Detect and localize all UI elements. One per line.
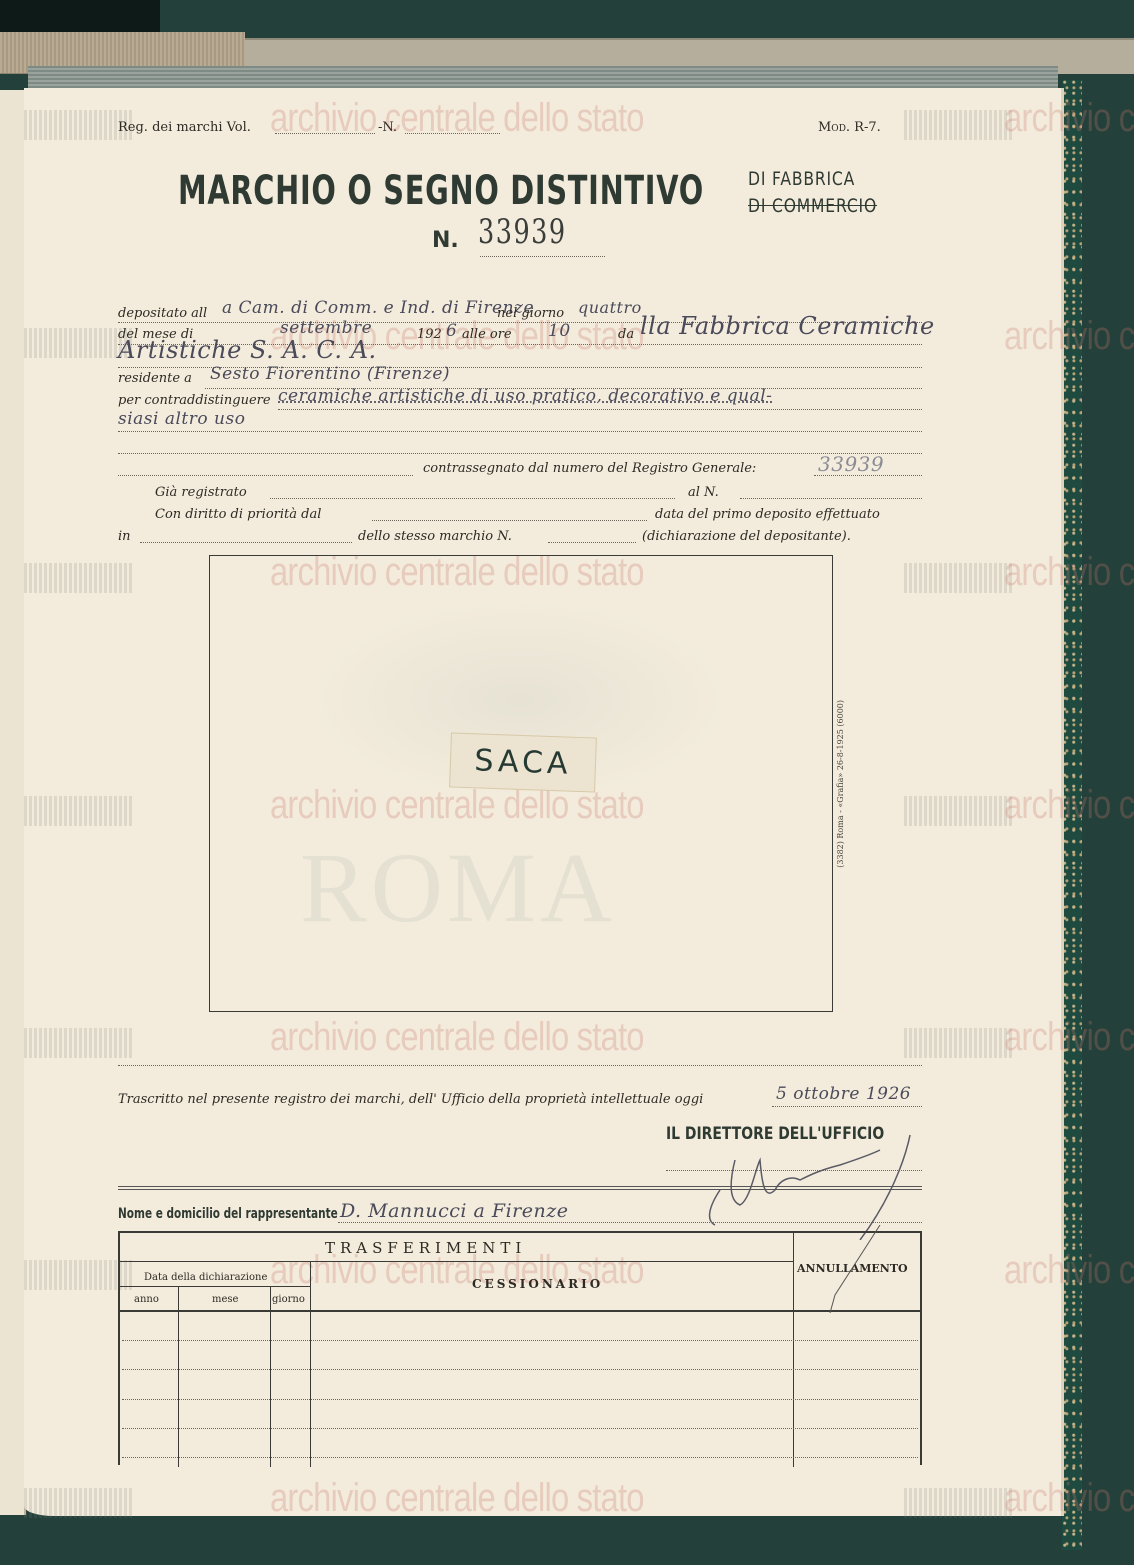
per-value-line2: siasi altro uso	[118, 409, 245, 429]
da-value: lla Fabbrica Ceramiche	[640, 312, 935, 340]
watermark-logo-icon	[904, 563, 1014, 593]
category-commercio-struck: DI COMMERCIO	[748, 195, 877, 217]
number-label: N.	[432, 228, 459, 253]
watermark-logo-icon	[904, 796, 1014, 826]
printer-note: (3382) Roma - «Grafia» 26-8-1925 (6000)	[836, 700, 845, 868]
table-row[interactable]	[122, 1457, 918, 1458]
watermark: archivio centrale dello stato	[1004, 1015, 1134, 1060]
reg-vol-field	[275, 133, 375, 134]
priorita-label: Con diritto di priorità dal	[155, 507, 321, 522]
anno-value: 6	[446, 321, 457, 341]
watermark: archivio centrale dello stato	[1004, 1248, 1134, 1293]
table-row[interactable]	[122, 1428, 918, 1429]
watermark-logo-icon	[904, 110, 1014, 140]
registro-generale-value: 33939	[818, 452, 884, 476]
cessionario-header: CESSIONARIO	[472, 1277, 603, 1291]
depositato-label: depositato all	[118, 306, 207, 321]
line-8-left	[118, 475, 413, 476]
transcription-label: Trascritto nel presente registro dei mar…	[118, 1092, 703, 1107]
watermark-logo-icon	[24, 563, 134, 593]
giorno-value: quattro	[578, 298, 642, 317]
stesso-marchio-field	[548, 542, 636, 543]
watermark-logo-icon	[24, 1488, 134, 1518]
col-mese: mese	[212, 1294, 238, 1305]
residente-value: Sesto Fiorentino (Firenze)	[210, 364, 450, 384]
table-row[interactable]	[122, 1399, 918, 1400]
al-n-label: al N.	[688, 485, 719, 500]
cancellation-stroke-icon	[770, 1225, 890, 1315]
da-label: da	[618, 327, 634, 342]
mark-number: 33939	[478, 212, 567, 252]
category-fabbrica: DI FABBRICA	[748, 168, 855, 190]
line-9	[118, 1065, 922, 1066]
watermark-logo-icon	[24, 796, 134, 826]
residente-label: residente a	[118, 371, 192, 386]
reg-label: Reg. dei marchi Vol.	[118, 120, 251, 135]
col-giorno: giorno	[272, 1294, 305, 1305]
number-field-line	[480, 256, 605, 257]
page-title: MARCHIO O SEGNO DISTINTIVO	[178, 168, 704, 214]
roma-ghost-text: ROMA	[300, 830, 616, 945]
per-label: per contraddistinguere	[118, 393, 271, 408]
gia-registrato-label: Già registrato	[155, 485, 247, 500]
stesso-marchio-label: dello stesso marchio N.	[358, 529, 512, 544]
gia-registrato-field	[270, 498, 675, 499]
watermark-logo-icon	[24, 1028, 134, 1058]
line-7	[118, 453, 922, 454]
watermark: archivio centrale dello stato	[1004, 550, 1134, 595]
trademark-label: SACA	[449, 732, 597, 792]
representative-value: D. Mannucci a Firenze	[340, 1200, 568, 1222]
mese-value: settembre	[280, 318, 372, 338]
anno-divider	[178, 1286, 179, 1467]
previous-page-edge	[0, 90, 26, 1515]
watermark: archivio centrale dello stato	[1004, 314, 1134, 359]
ore-value: 10	[548, 321, 571, 341]
date-group-header: Data della dichiarazione	[144, 1272, 267, 1283]
representative-label: Nome e domicilio del rappresentante	[118, 1206, 338, 1222]
transcription-date: 5 ottobre 1926	[776, 1084, 911, 1104]
cessionario-divider	[310, 1261, 311, 1467]
contrassegnato-label: contrassegnato dal numero del Registro G…	[423, 461, 756, 476]
watermark-logo-icon	[904, 1488, 1014, 1518]
director-signature-icon	[680, 1130, 930, 1240]
watermark: archivio centrale dello stato	[270, 96, 644, 141]
table-row[interactable]	[122, 1340, 918, 1341]
ore-label: alle ore	[462, 327, 512, 342]
line-5	[278, 409, 922, 410]
reg-n-field	[405, 133, 500, 134]
depositato-value: a Cam. di Comm. e Ind. di Firenze	[222, 298, 534, 318]
transcription-date-field	[772, 1106, 922, 1107]
watermark: archivio centrale dello stato	[1004, 96, 1134, 141]
line-6	[118, 431, 922, 432]
mese-divider	[270, 1286, 271, 1467]
watermark-logo-icon	[904, 1028, 1014, 1058]
representative-field	[338, 1222, 922, 1223]
reg-n-label: -N.	[378, 120, 397, 135]
line-8-right	[814, 475, 922, 476]
col-anno: anno	[134, 1294, 159, 1305]
section-divider	[118, 1186, 922, 1190]
watermark: archivio centrale dello stato	[270, 1015, 644, 1060]
table-row[interactable]	[122, 1369, 918, 1370]
model-label: Mod. R-7.	[818, 120, 881, 135]
watermark: archivio centrale dello stato	[1004, 783, 1134, 828]
anno-prefix: 192	[417, 327, 442, 342]
header-divider	[120, 1261, 793, 1262]
giorno-label: nel giorno	[497, 306, 564, 321]
watermark: archivio centrale dello stato	[270, 1476, 644, 1521]
watermark: archivio centrale dello stato	[1004, 1476, 1134, 1521]
data-primo-label: data del primo deposito effettuato	[655, 507, 880, 522]
da-value-line2: Artistiche S. A. C. A.	[118, 336, 377, 364]
priorita-field	[372, 520, 647, 521]
dichiarazione-label: (dichiarazione del depositante).	[642, 529, 851, 544]
per-value-line1: ceramiche artistiche di uso pratico, dec…	[278, 386, 772, 406]
al-n-field	[740, 498, 922, 499]
in-label: in	[118, 529, 131, 544]
transfers-title: TRASFERIMENTI	[325, 1239, 526, 1257]
date-subheader-divider	[120, 1286, 310, 1287]
in-field	[140, 542, 352, 543]
